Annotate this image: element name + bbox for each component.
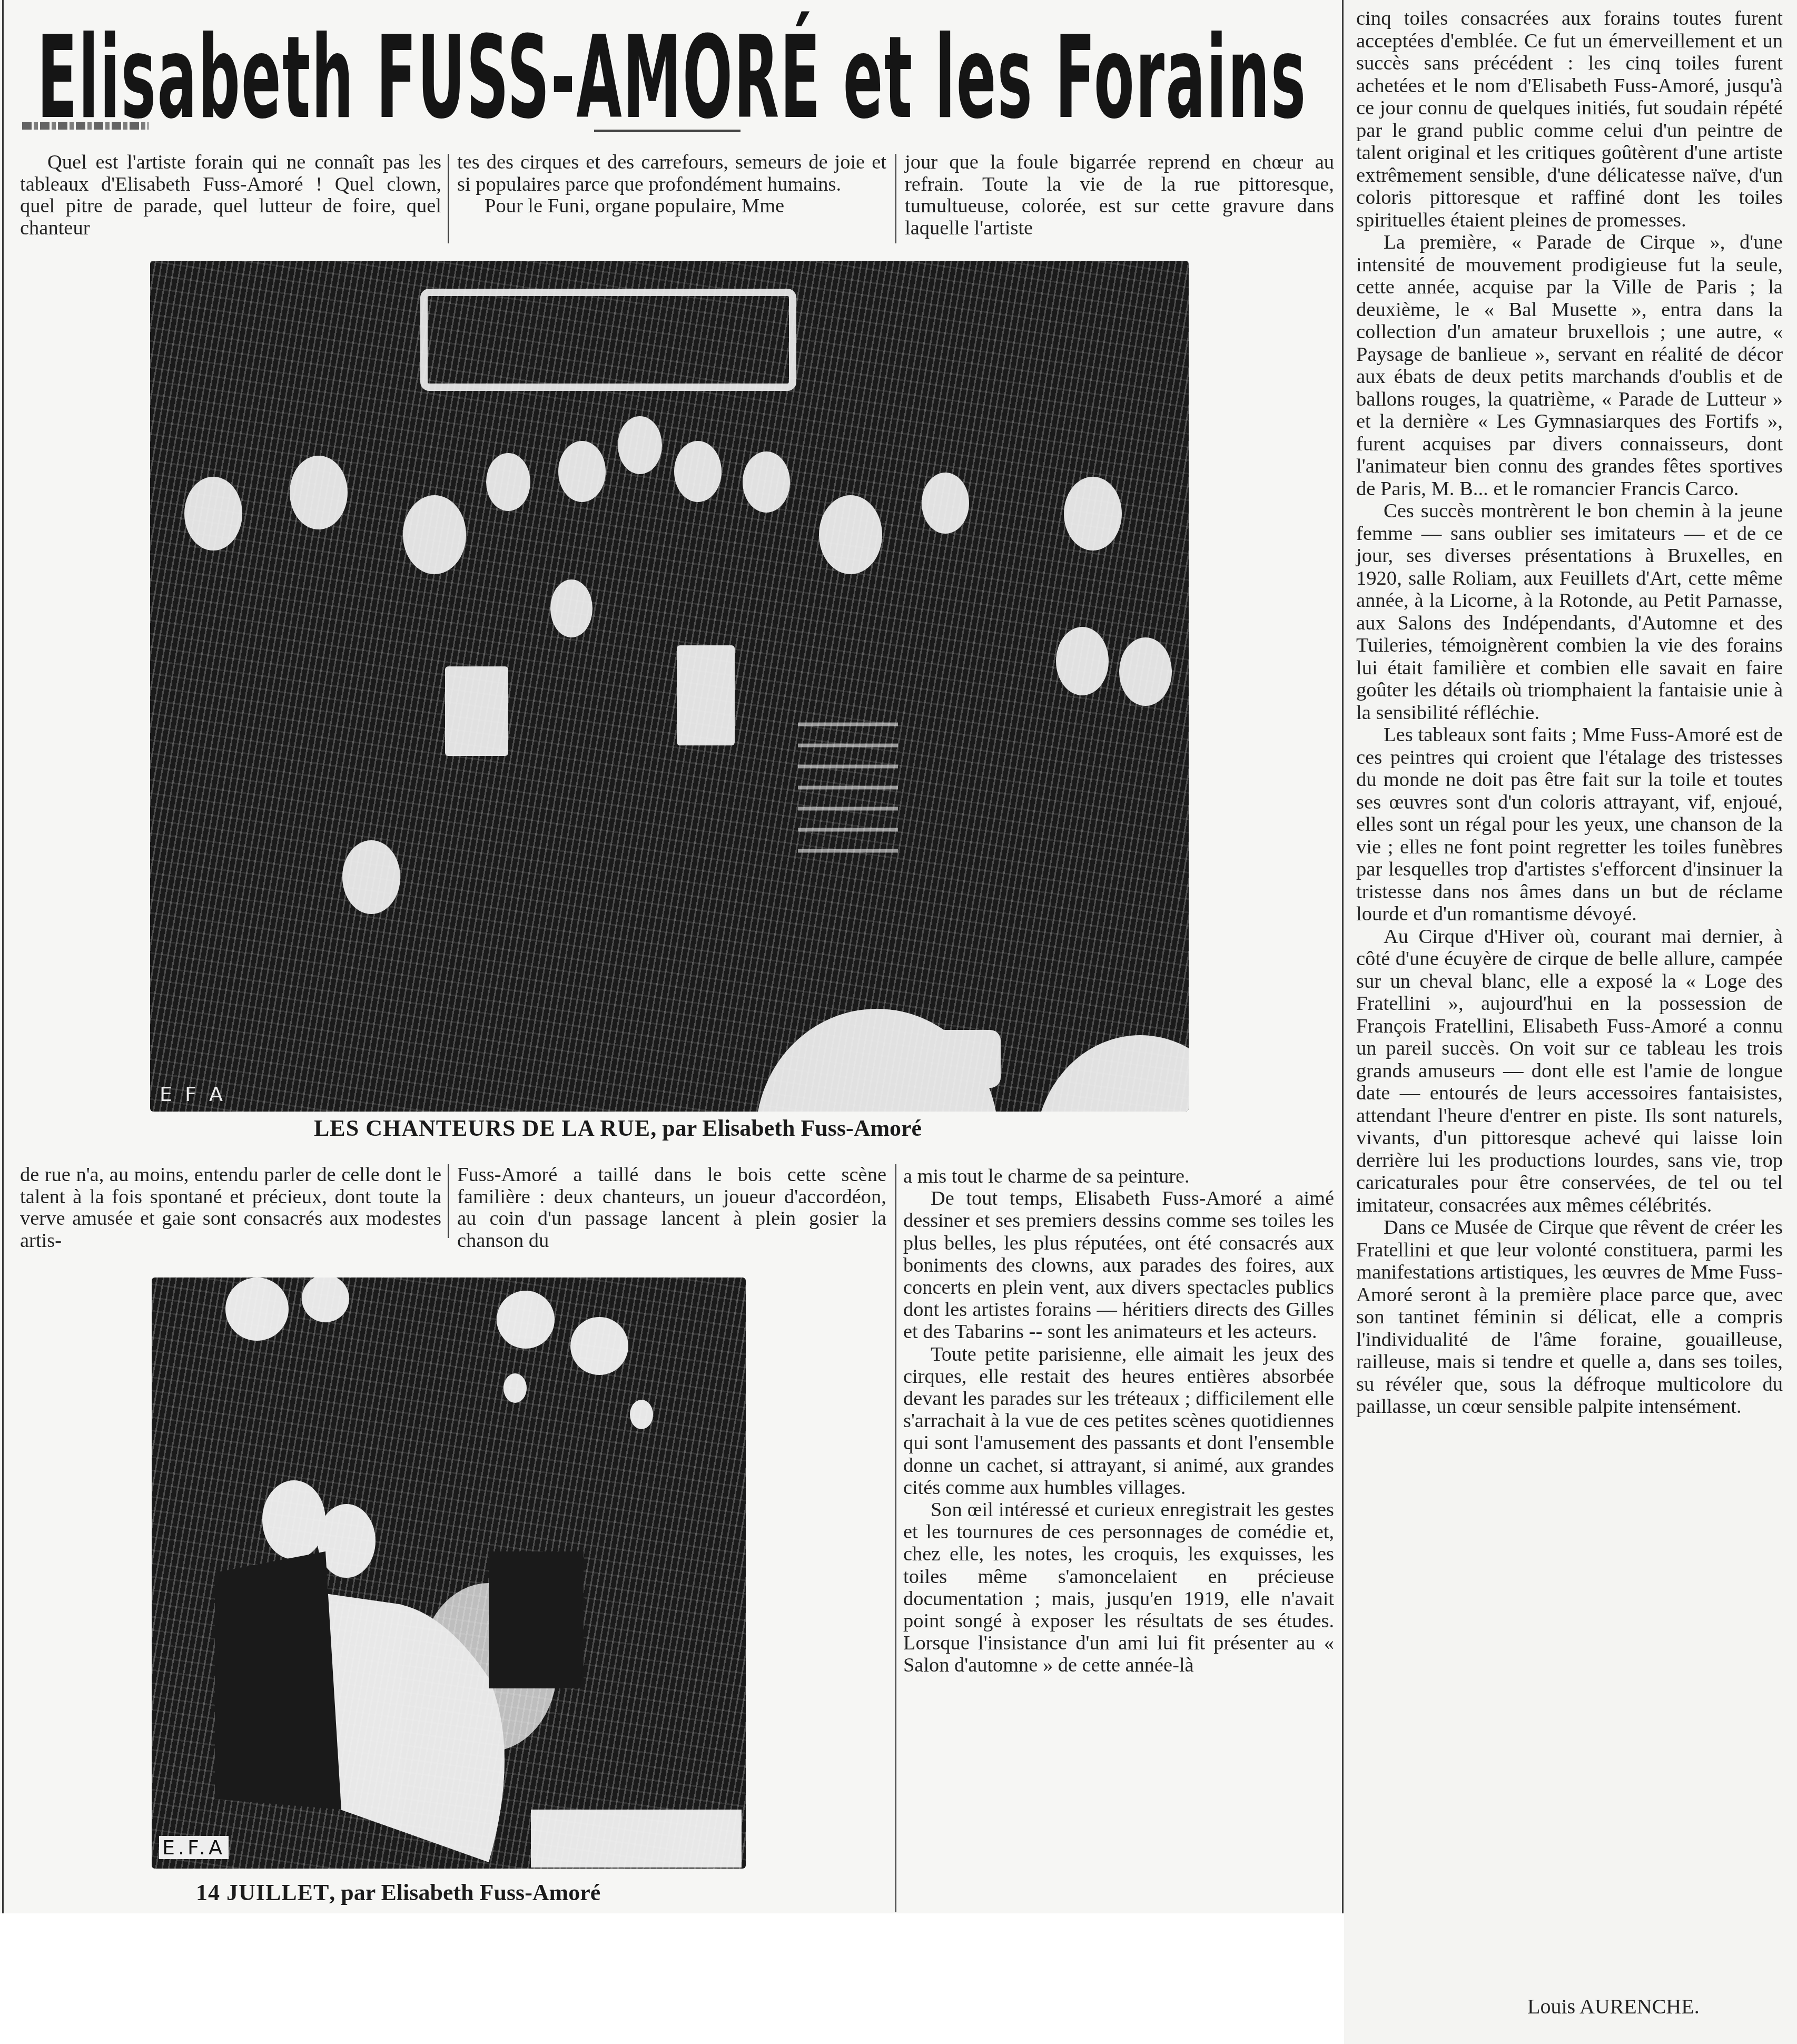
artist-monogram: E F A [160, 1083, 226, 1106]
woodcut-figures [152, 1277, 746, 1869]
caption-title: LES CHANTEURS DE LA RUE [314, 1115, 650, 1141]
figure-caption: LES CHANTEURS DE LA RUE, par Elisabeth F… [314, 1115, 922, 1142]
paragraph: cinq toiles consacrées aux forains toute… [1356, 7, 1783, 231]
paragraph: Les tableaux sont faits ; Mme Fuss-Amoré… [1356, 724, 1783, 926]
paragraph: Fuss-Amoré a taillé dans le bois cette s… [457, 1164, 886, 1252]
column-rule [448, 154, 449, 243]
caption-credit: , par Elisabeth Fuss-Amoré [329, 1880, 600, 1905]
kicker-ornament [22, 122, 149, 130]
woodcut-14-juillet: E.F.A [152, 1277, 746, 1869]
paragraph: Pour le Funi, organe populaire, Mme [457, 195, 886, 218]
paragraph: de rue n'a, au moins, entendu parler de … [20, 1164, 441, 1252]
paragraph: Toute petite parisienne, elle aimait les… [903, 1343, 1334, 1499]
top-column-2: tes des cirques et des carrefours, semeu… [457, 152, 886, 218]
paragraph: tes des cirques et des carrefours, semeu… [457, 152, 886, 195]
column-rule [448, 1164, 449, 1238]
left-border [2, 0, 4, 1913]
article-title: Elisabeth FUSS-AMORÉ et les Forains [37, 20, 1307, 136]
caption-credit: , par Elisabeth Fuss-Amoré [650, 1115, 922, 1141]
paragraph: Au Cirque d'Hiver où, courant mai dernie… [1356, 926, 1783, 1217]
lower-column-2: Fuss-Amoré a taillé dans le bois cette s… [457, 1164, 886, 1252]
caption-title: 14 JUILLET [196, 1880, 329, 1905]
paragraph: Dans ce Musée de Cirque que rêvent de cr… [1356, 1216, 1783, 1418]
woodcut-figures [150, 261, 1189, 1112]
lower-column-1: de rue n'a, au moins, entendu parler de … [20, 1164, 441, 1252]
top-column-1: Quel est l'artiste forain qui ne connaît… [20, 152, 441, 239]
figure-caption: 14 JUILLET, par Elisabeth Fuss-Amoré [196, 1880, 600, 1906]
right-column: cinq toiles consacrées aux forains toute… [1356, 7, 1783, 1418]
paragraph: a mis tout le charme de sa peinture. [903, 1165, 1334, 1187]
right-column-divider [1342, 0, 1344, 1913]
paragraph: jour que la foule bigarrée reprend en ch… [905, 152, 1334, 239]
column-rule [895, 1164, 896, 1912]
author-signature: Louis AURENCHE. [1527, 1994, 1700, 2019]
headline: Elisabeth FUSS-AMORÉ et les Forains [0, 0, 1344, 148]
middle-column: a mis tout le charme de sa peinture. De … [903, 1165, 1334, 1677]
paragraph: Ces succès montrèrent le bon chemin à la… [1356, 500, 1783, 724]
woodcut-les-chanteurs-de-la-rue: E F A [150, 261, 1189, 1112]
artist-monogram: E.F.A [159, 1836, 229, 1859]
top-column-3: jour que la foule bigarrée reprend en ch… [905, 152, 1334, 239]
paragraph: Son œil intéressé et curieux enregistrai… [903, 1499, 1334, 1677]
column-rule [895, 154, 896, 243]
paragraph: Quel est l'artiste forain qui ne connaît… [20, 152, 441, 239]
paragraph: La première, « Parade de Cirque », d'une… [1356, 231, 1783, 500]
paragraph: De tout temps, Elisabeth Fuss-Amoré a ai… [903, 1187, 1334, 1343]
